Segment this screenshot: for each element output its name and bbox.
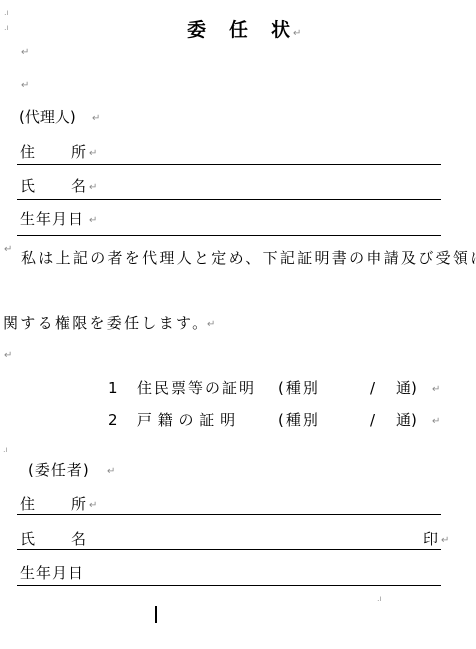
- title-char: 状: [271, 21, 290, 40]
- title-char: 任: [229, 21, 248, 40]
- statement-line: 関する権限を委任します。: [3, 316, 209, 331]
- field-label: 氏: [20, 532, 35, 547]
- item-type-open: (種別: [278, 413, 320, 428]
- paragraph-mark-icon: ↵: [89, 149, 97, 159]
- item-name: 戸 籍 の 証 明: [137, 413, 236, 428]
- anchor-mark: .ı: [3, 446, 8, 454]
- paragraph-mark-icon: ↵: [21, 48, 29, 58]
- underline: [17, 164, 441, 165]
- field-label: 氏: [20, 179, 35, 194]
- field-label: 名: [71, 179, 86, 194]
- title-char: 委: [187, 21, 206, 40]
- item-name: 住民票等の証明: [137, 381, 256, 396]
- paragraph-mark-icon: ↵: [92, 114, 100, 124]
- anchor-mark: .ı: [4, 9, 9, 17]
- paragraph-mark-icon: ↵: [432, 417, 440, 427]
- paragraph-mark-icon: ↵: [89, 501, 97, 511]
- underline: [17, 549, 441, 550]
- field-label: 名: [71, 532, 86, 547]
- item-slash: /: [370, 381, 375, 396]
- paragraph-mark-icon: ↵: [441, 536, 449, 546]
- underline: [17, 235, 441, 236]
- item-slash: /: [370, 413, 375, 428]
- underline: [17, 514, 441, 515]
- item-number: 1: [108, 381, 118, 396]
- text-cursor: [155, 606, 157, 623]
- field-label: 所: [71, 145, 86, 160]
- underline: [17, 199, 441, 200]
- field-label: 所: [71, 497, 86, 512]
- paragraph-mark-icon: ↵: [89, 216, 97, 226]
- paragraph-mark-icon: ↵: [107, 467, 115, 477]
- paragraph-mark-icon: ↵: [4, 351, 12, 361]
- paragraph-mark-icon: ↵: [293, 29, 301, 39]
- field-label: 生年月日: [20, 566, 84, 581]
- seal-mark: 印: [423, 532, 438, 547]
- paragraph-mark-icon: ↵: [432, 385, 440, 395]
- item-number: 2: [108, 413, 118, 428]
- paragraph-mark-icon: ↵: [21, 81, 29, 91]
- paragraph-mark-icon: ↵: [207, 320, 215, 330]
- paragraph-mark-icon: ↵: [4, 245, 12, 255]
- field-label: 住: [20, 145, 35, 160]
- agent-heading: (代理人): [19, 110, 76, 125]
- item-unit: 通): [396, 413, 417, 428]
- field-label: 住: [20, 497, 35, 512]
- statement-line: 私は上記の者を代理人と定め、下記証明書の申請及び受領に: [21, 251, 476, 266]
- principal-heading: (委任者): [28, 463, 90, 478]
- paragraph-mark-icon: ↵: [89, 183, 97, 193]
- item-type-open: (種別: [278, 381, 320, 396]
- anchor-mark: .ı: [377, 595, 382, 603]
- underline: [17, 585, 441, 586]
- anchor-mark: .ı: [4, 24, 9, 32]
- item-unit: 通): [396, 381, 417, 396]
- field-label: 生年月日: [20, 212, 84, 227]
